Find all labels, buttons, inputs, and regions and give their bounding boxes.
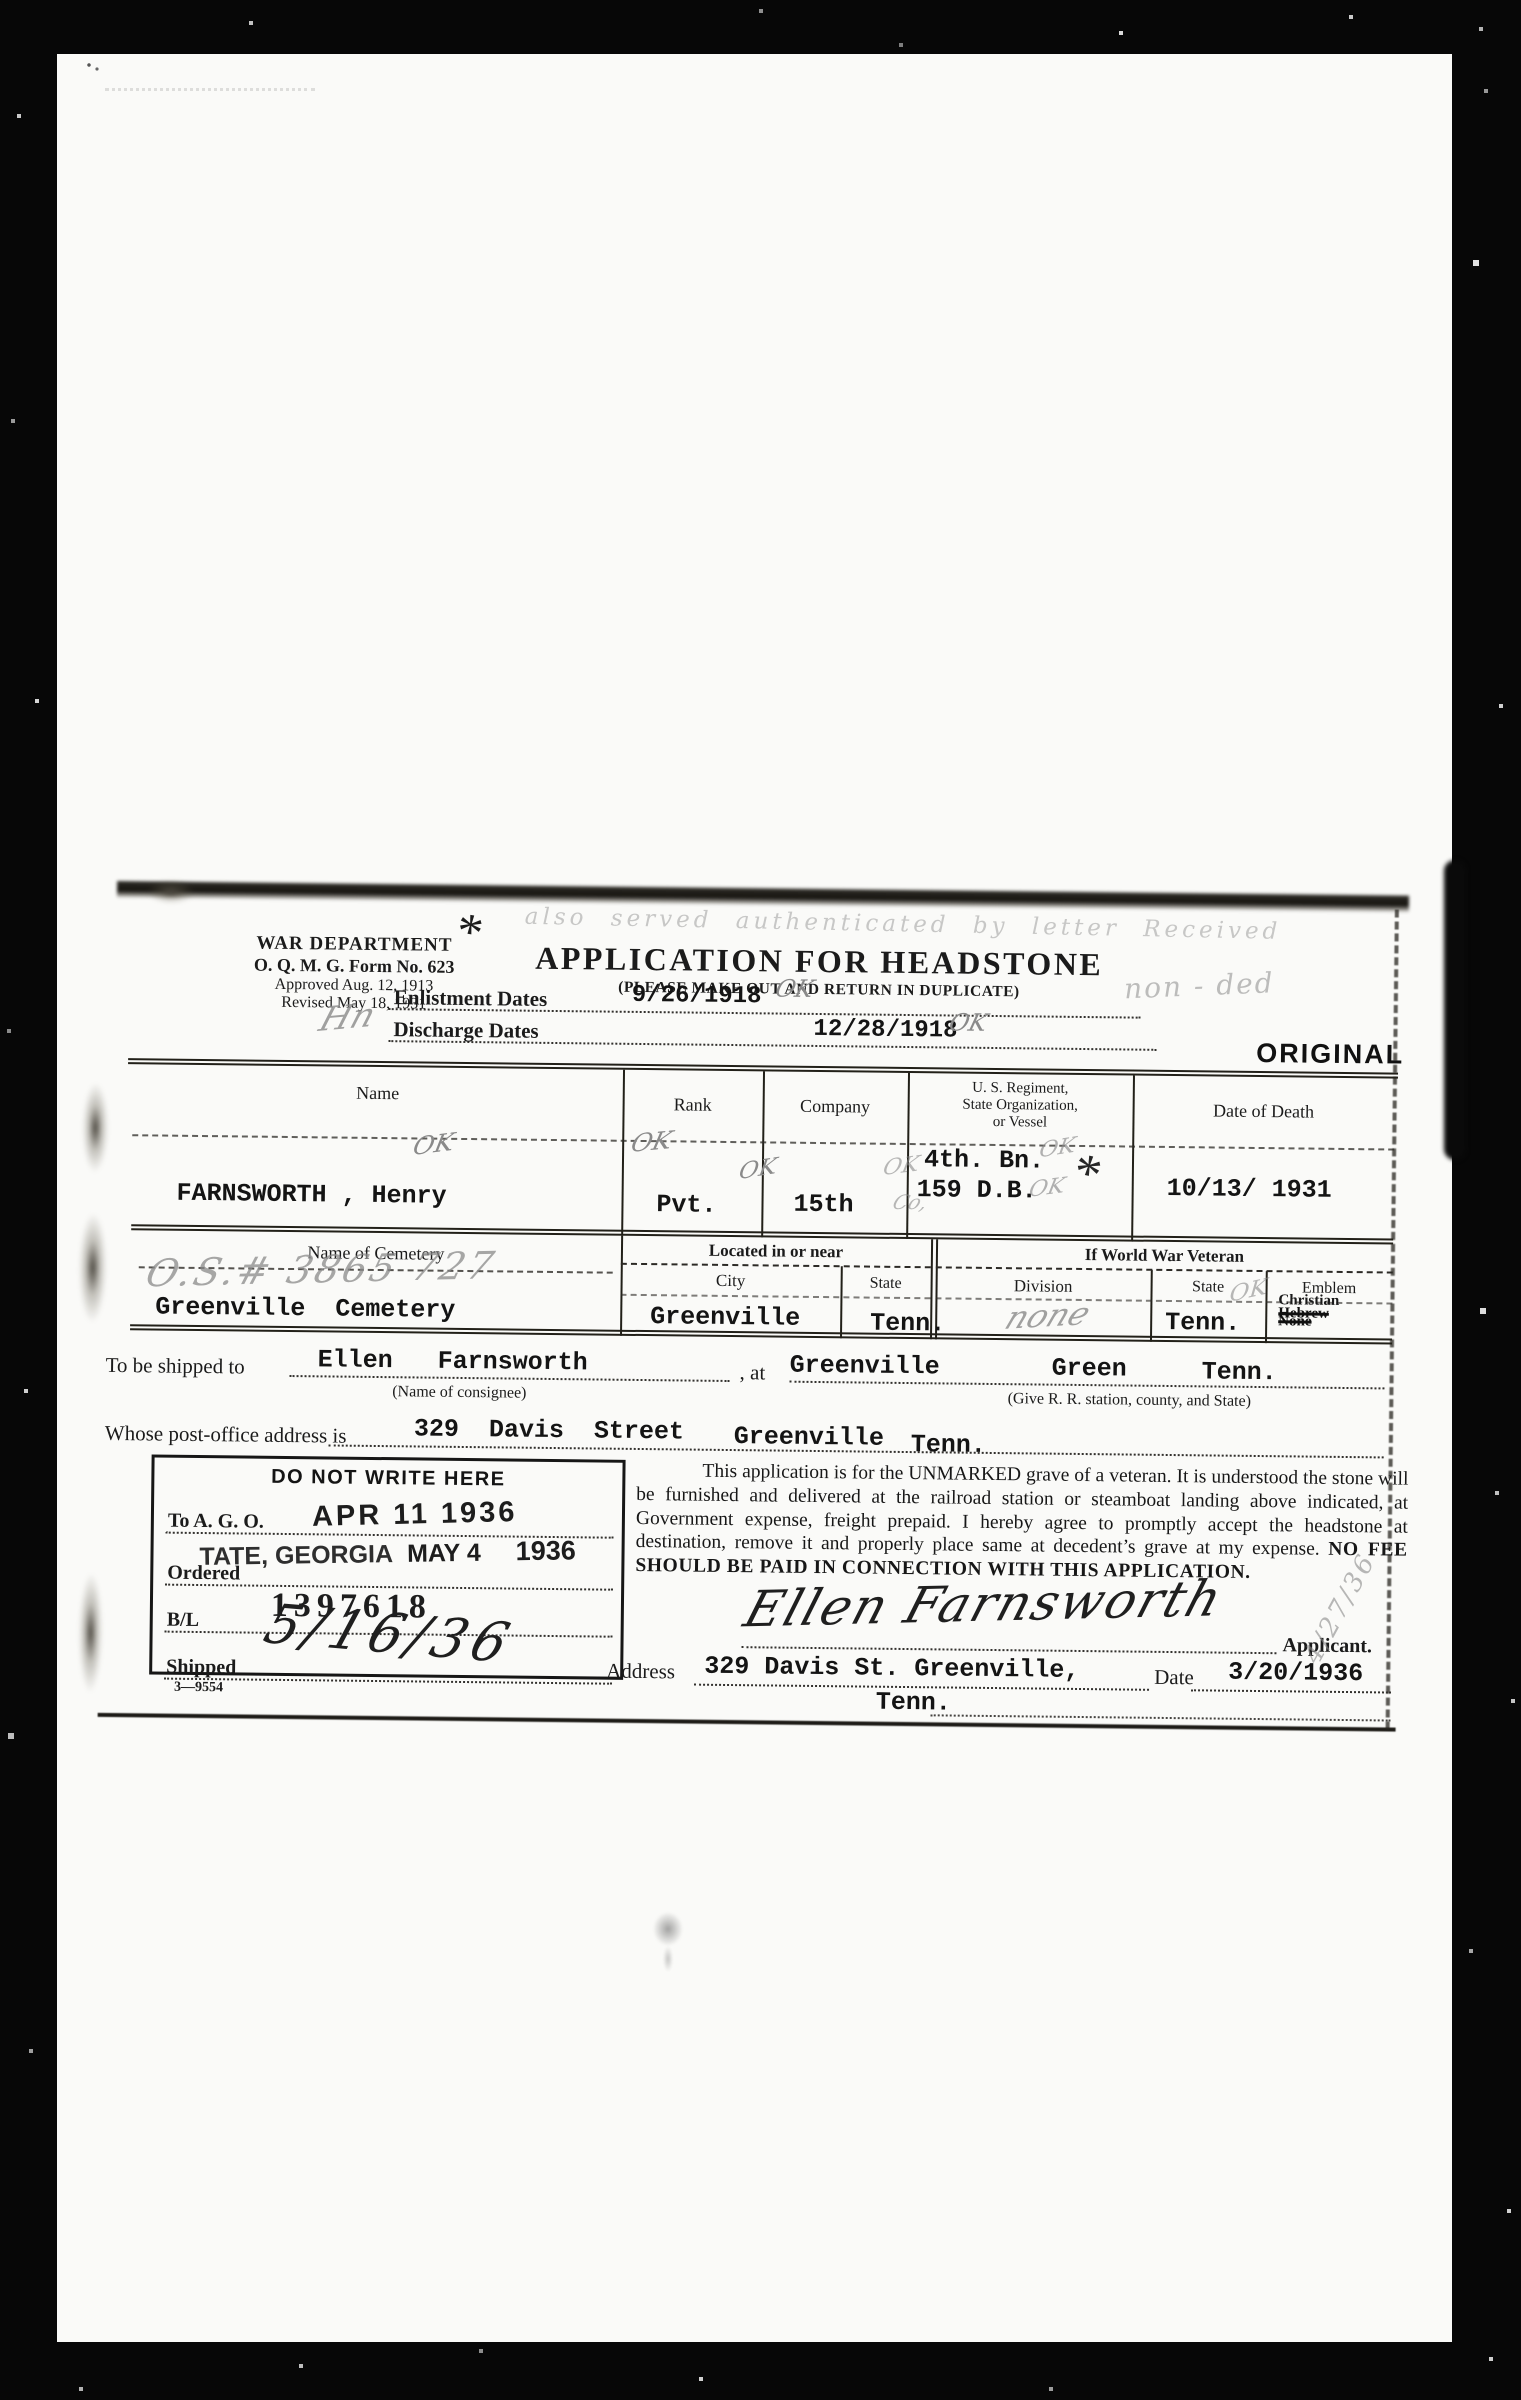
form-code: 3—9554 [174,1680,223,1697]
rank-value: Pvt. [656,1190,716,1220]
address-value-line2: Tenn. [876,1688,951,1718]
city-write-line [620,1294,930,1300]
col-header-state: State [841,1274,931,1293]
col-header-ww-veteran: If World War Veteran [936,1243,1393,1268]
at-label: , at [739,1360,765,1385]
consignee-caption: (Name of consignee) [339,1383,579,1404]
applicant-signature: Ellen Farnsworth [738,1570,1231,1639]
regiment-value-line2: 159 D.B. [917,1175,1037,1205]
received-stamp-year: 1936 [515,1535,576,1566]
bl-label: B/L [167,1609,200,1632]
located-underline [621,1263,931,1269]
film-edge-bump [1444,860,1466,1160]
consignee-value: Ellen Farnsworth [318,1345,588,1377]
rr-caption: (Give R. R. station, county, and State) [984,1390,1274,1411]
cemetery-name-value: Greenville Cemetery [155,1292,455,1324]
col-header-rank: Rank [623,1094,763,1117]
document-page: WAR DEPARTMENT O. Q. M. G. Form No. 623 … [57,54,1452,2342]
destination-value: Greenville [790,1351,940,1382]
po-city-value: Greenville [734,1422,884,1453]
form-corner-blot [147,879,195,904]
received-stamp-place: TATE, GEORGIA [199,1540,392,1571]
scan-background: WAR DEPARTMENT O. Q. M. G. Form No. 623 … [0,0,1521,2400]
col-header-regiment-l3: or Vessel [907,1113,1132,1132]
service-table: Name Rank Company U. S. Regiment, State … [131,1064,1395,1244]
page-top-smudge [105,88,315,91]
headstone-application-form: WAR DEPARTMENT O. Q. M. G. Form No. 623 … [85,883,1415,1748]
col-header-company: Company [763,1095,908,1118]
address2-leader-line [931,1692,1391,1721]
form-left-tear-2 [78,1213,107,1323]
shipped-label: Shipped [166,1656,236,1680]
po-address-label: Whose post-office address is [105,1421,347,1449]
form-left-tear-1 [82,1083,109,1173]
regiment-ok-mark-2: OK [1027,1174,1068,1203]
name-ok-mark-1: OK [411,1127,457,1161]
col-header-city: City [621,1270,841,1292]
col-header-death: Date of Death [1132,1100,1394,1124]
col-header-name: Name [133,1080,623,1107]
received-stamp: TATE, GEORGIA MAY 4 1936 [199,1535,576,1572]
address-value: 329 Davis St. Greenville, [704,1652,1079,1685]
city-value: Greenville [650,1302,800,1333]
page-bottom-smudge-tail [663,1946,673,1972]
enlistment-label: Enlistment Dates [394,985,548,1012]
agreement-body-text: This application is for the UNMARKED gra… [636,1461,1409,1560]
col-header-located: Located in or near [621,1240,931,1264]
cemetery-number-note: O.S.# 3865 727 [141,1243,501,1295]
date-value: 3/20/1936 [1228,1658,1363,1689]
po-state-value: Tenn. [911,1430,986,1460]
discharge-label: Discharge Dates [393,1017,538,1044]
film-speckles [0,0,2,2]
col-header-division: Division [935,1275,1150,1297]
name-ok-mark-2: OK [628,1125,675,1157]
received-stamp-date: MAY 4 [407,1539,481,1568]
date-label: Date [1154,1665,1194,1690]
death-date-value: 10/13/ 1931 [1167,1174,1332,1205]
form-title: APPLICATION FOR HEADSTONE [479,939,1159,984]
discharge-ok-mark: OK [946,1009,991,1037]
rr-state-value: Tenn. [1201,1357,1276,1387]
page-bottom-smudge [653,1912,683,1946]
veteran-name-value: FARNSWORTH , Henry [176,1179,446,1211]
regiment-value-line1: 4th. Bn. [924,1145,1044,1175]
address-label: Address [606,1659,675,1685]
emblem-options: Christian Hebrew None [1278,1293,1339,1328]
agreement-paragraph: This application is for the UNMARKED gra… [635,1459,1408,1587]
enlistment-ok-mark: OK [772,975,817,1003]
po-street-value: 329 Davis Street [414,1414,684,1446]
do-not-write-header: DO NOT WRITE HERE [154,1464,622,1492]
enlistment-value: 9/26/1918 [632,982,762,1010]
division-none-value: none [1000,1294,1096,1336]
discharge-value: 12/28/1918 [813,1016,957,1045]
rr-station-value: Green [1052,1354,1127,1384]
emblem-option-none: None [1278,1314,1339,1329]
form-left-tear-3 [78,1573,103,1693]
col-header-regiment: U. S. Regiment, State Organization, or V… [907,1079,1133,1132]
ww-state-value: Tenn. [1165,1308,1240,1338]
copy-type-label: ORIGINAL [1256,1038,1404,1071]
company-value: 15th [793,1190,853,1220]
company-ok-mark: OK [881,1152,922,1181]
ago-date-stamp: APR 11 1936 [312,1496,518,1534]
ago-label: To A. G. O. [168,1510,264,1534]
shipped-to-label: To be shipped to [105,1353,244,1380]
page-corner-marks [86,62,100,72]
